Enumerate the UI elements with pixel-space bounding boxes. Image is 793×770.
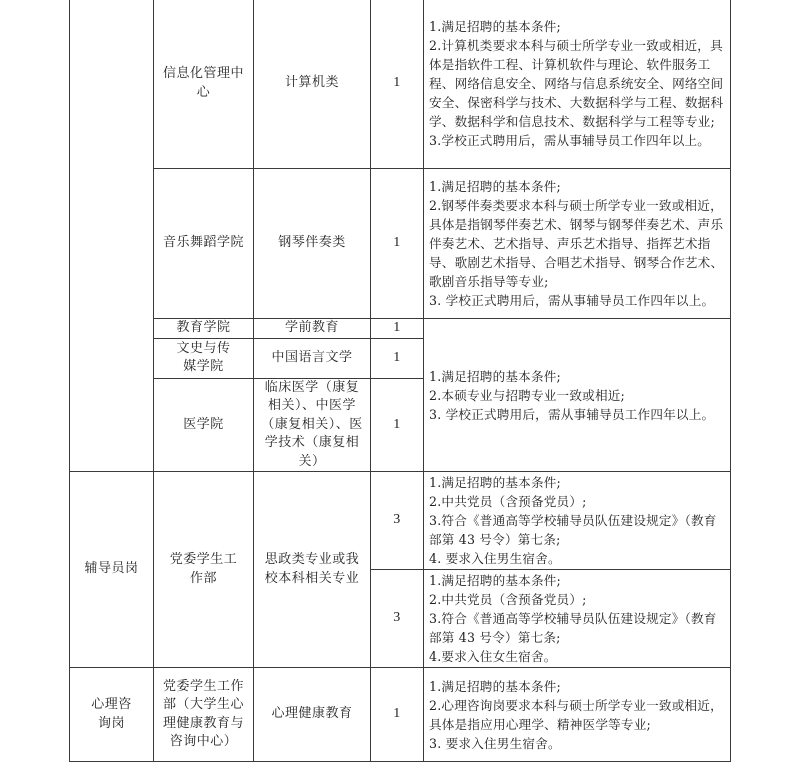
table-row: 心理咨询岗 党委学生工作部（大学生心理健康教育与咨询中心） 心理健康教育 1 1… <box>70 668 731 762</box>
requirement-item: 1.满足招聘的基本条件; <box>429 677 727 696</box>
requirements-cell: 1.满足招聘的基本条件; 2.中共党员（含预备党员）; 3.符合《普通高等学校辅… <box>424 570 731 668</box>
major-cell: 学前教育 <box>254 319 371 339</box>
major-cell: 心理健康教育 <box>254 668 371 762</box>
table-row: 信息化管理中心 计算机类 1 1.满足招聘的基本条件; 2.计算机类要求本科与硕… <box>70 0 731 169</box>
requirements-cell: 1.满足招聘的基本条件; 2.钢琴伴奏类要求本科与硕士所学专业一致或相近，具体是… <box>424 169 731 319</box>
post-cell: 辅导员岗 <box>70 472 154 668</box>
requirement-item: 2.计算机类要求本科与硕士所学专业一致或相近，具体是指软件工程、计算机软件与理论… <box>429 36 727 131</box>
requirement-item: 3.符合《普通高等学校辅导员队伍建设规定》（教育部第 43 号令）第七条; <box>429 609 727 647</box>
requirement-item: 1.满足招聘的基本条件; <box>429 17 727 36</box>
dept-cell: 医学院 <box>154 378 254 472</box>
dept-cell: 党委学生工作部（大学生心理健康教育与咨询中心） <box>154 668 254 762</box>
count-cell: 1 <box>371 319 424 339</box>
requirements-cell-shared: 1.满足招聘的基本条件; 2.本硕专业与招聘专业一致或相近; 3. 学校正式聘用… <box>424 319 731 472</box>
major-cell: 临床医学（康复相关）、中医学（康复相关）、医学技术（康复相关） <box>254 378 371 472</box>
requirement-item: 3. 要求入住男生宿舍。 <box>429 734 727 753</box>
post-cell-empty <box>70 0 154 472</box>
requirement-item: 1.满足招聘的基本条件; <box>429 473 727 492</box>
requirement-item: 2.钢琴伴奏类要求本科与硕士所学专业一致或相近，具体是指钢琴伴奏艺术、钢琴与钢琴… <box>429 196 727 291</box>
major-cell: 计算机类 <box>254 0 371 169</box>
requirement-item: 1.满足招聘的基本条件; <box>429 177 727 196</box>
requirement-item: 3. 学校正式聘用后，需从事辅导员工作四年以上。 <box>429 405 727 424</box>
requirement-item: 4. 要求入住男生宿舍。 <box>429 549 727 568</box>
requirement-item: 3.符合《普通高等学校辅导员队伍建设规定》（教育部第 43 号令）第七条; <box>429 511 727 549</box>
count-cell: 1 <box>371 0 424 169</box>
dept-cell: 音乐舞蹈学院 <box>154 169 254 319</box>
requirement-item: 2.中共党员（含预备党员）; <box>429 590 727 609</box>
dept-cell: 文史与传媒学院 <box>154 338 254 378</box>
requirement-item: 2.心理咨询岗要求本科与硕士所学专业一致或相近，具体是指应用心理学、精神医学等专… <box>429 696 727 734</box>
major-cell: 思政类专业或我校本科相关专业 <box>254 472 371 668</box>
table-row: 音乐舞蹈学院 钢琴伴奏类 1 1.满足招聘的基本条件; 2.钢琴伴奏类要求本科与… <box>70 169 731 319</box>
requirements-cell: 1.满足招聘的基本条件; 2.心理咨询岗要求本科与硕士所学专业一致或相近，具体是… <box>424 668 731 762</box>
count-cell: 3 <box>371 570 424 668</box>
requirement-item: 4.要求入住女生宿舍。 <box>429 647 727 666</box>
requirement-item: 3.学校正式聘用后，需从事辅导员工作四年以上。 <box>429 131 727 150</box>
requirement-item: 3. 学校正式聘用后，需从事辅导员工作四年以上。 <box>429 291 727 310</box>
major-cell: 中国语言文学 <box>254 338 371 378</box>
count-cell: 1 <box>371 378 424 472</box>
count-cell: 3 <box>371 472 424 570</box>
requirement-item: 1.满足招聘的基本条件; <box>429 571 727 590</box>
dept-cell: 教育学院 <box>154 319 254 339</box>
requirement-item: 2.本硕专业与招聘专业一致或相近; <box>429 386 727 405</box>
table-row: 教育学院 学前教育 1 1.满足招聘的基本条件; 2.本硕专业与招聘专业一致或相… <box>70 319 731 339</box>
requirements-cell: 1.满足招聘的基本条件; 2.中共党员（含预备党员）; 3.符合《普通高等学校辅… <box>424 472 731 570</box>
count-cell: 1 <box>371 338 424 378</box>
table-row: 辅导员岗 党委学生工作部 思政类专业或我校本科相关专业 3 1.满足招聘的基本条… <box>70 472 731 570</box>
count-cell: 1 <box>371 668 424 762</box>
recruitment-table: 信息化管理中心 计算机类 1 1.满足招聘的基本条件; 2.计算机类要求本科与硕… <box>69 0 731 762</box>
dept-cell: 党委学生工作部 <box>154 472 254 668</box>
dept-cell: 信息化管理中心 <box>154 0 254 169</box>
requirement-item: 1.满足招聘的基本条件; <box>429 367 727 386</box>
major-cell: 钢琴伴奏类 <box>254 169 371 319</box>
count-cell: 1 <box>371 169 424 319</box>
requirements-cell: 1.满足招聘的基本条件; 2.计算机类要求本科与硕士所学专业一致或相近，具体是指… <box>424 0 731 169</box>
post-cell: 心理咨询岗 <box>70 668 154 762</box>
requirement-item: 2.中共党员（含预备党员）; <box>429 492 727 511</box>
